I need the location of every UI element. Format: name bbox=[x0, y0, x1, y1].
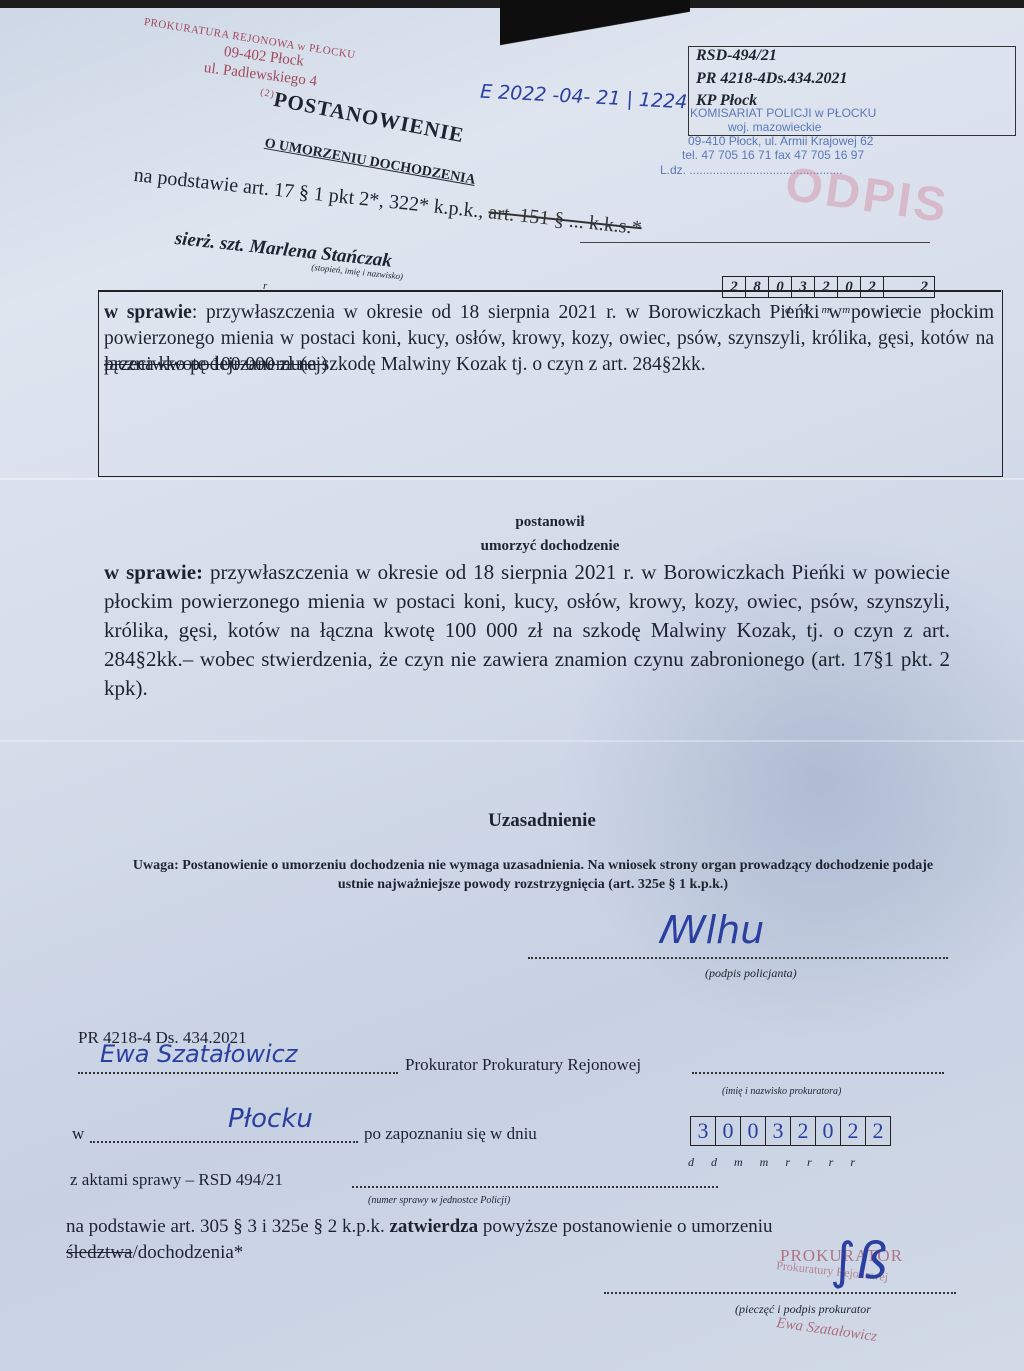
copy-stamp: ODPIS bbox=[782, 157, 952, 234]
place-line bbox=[90, 1141, 358, 1143]
case-files-line bbox=[352, 1186, 718, 1188]
paper-fold bbox=[0, 740, 1024, 742]
review-label: po zapoznaniu się w dniu bbox=[364, 1124, 537, 1144]
prosecutor-name-line bbox=[78, 1072, 398, 1074]
document-title: (2)POSTANOWIENIE bbox=[257, 84, 466, 148]
case-struck-text: przeciwko podejrzanemu(ej) bbox=[104, 354, 328, 375]
prosecutor-stamp-name: Ewa Szatałowicz bbox=[775, 1315, 878, 1346]
case-pr: PR 4218-4Ds.434.2021 bbox=[696, 70, 848, 88]
police-stamp-voivodeship: woj. mazowieckie bbox=[728, 120, 821, 134]
prosecutor-caption: (imię i nazwisko prokuratora) bbox=[722, 1086, 841, 1097]
place-label: w bbox=[72, 1124, 84, 1144]
divider bbox=[580, 242, 930, 243]
officer-signature-caption: (podpis policjanta) bbox=[705, 966, 797, 981]
document-page: PROKURATURA REJONOWA w PŁOCKU 09-402 Pło… bbox=[0, 0, 1024, 1371]
prosecutor-handwritten-name: Ewa Szatałowicz bbox=[100, 1040, 297, 1068]
date-digit: 0 bbox=[716, 1117, 741, 1145]
prosecutor-signature: ∫ß bbox=[830, 1232, 888, 1290]
police-stamp-phone: tel. 47 705 16 71 fax 47 705 16 97 bbox=[682, 148, 864, 162]
police-stamp-address: 09-410 Płock, ul. Armii Krajowej 62 bbox=[688, 134, 873, 148]
date-digit: 2 bbox=[841, 1117, 866, 1145]
decision-subheading: umorzyć dochodzenie bbox=[0, 538, 1024, 555]
approval-bold: zatwierdza bbox=[389, 1216, 478, 1237]
case-description: w sprawie: przywłaszczenia w okresie od … bbox=[104, 300, 994, 404]
approval-text: na podstawie art. 305 § 3 i 325e § 2 k.p… bbox=[66, 1216, 773, 1238]
date-digit: 3 bbox=[691, 1117, 716, 1145]
prosecutor-signature-line bbox=[604, 1292, 956, 1294]
prosecutor-label: Prokurator Prokuratury Rejonowej bbox=[405, 1055, 641, 1075]
case-files-caption: (numer sprawy w jednostce Policji) bbox=[368, 1195, 510, 1206]
decision-heading: postanowił bbox=[0, 514, 1024, 531]
decision-lead: w sprawie: bbox=[104, 560, 203, 584]
date-digit: 2 bbox=[866, 1117, 890, 1145]
officer-signature-line bbox=[528, 957, 948, 959]
justification-note: Uwaga: Postanowienie o umorzeniu dochodz… bbox=[118, 856, 948, 894]
prosecutor-signature-caption: (pieczęć i podpis prokurator bbox=[735, 1302, 871, 1317]
approval-tail-text: /dochodzenia* bbox=[132, 1242, 243, 1263]
date-digit: 0 bbox=[741, 1117, 766, 1145]
approval-tail: śledztwa/dochodzenia* bbox=[66, 1242, 243, 1264]
date-digit: 2 bbox=[791, 1117, 816, 1145]
prosecutor-line bbox=[692, 1072, 944, 1074]
place-handwritten: Płocku bbox=[228, 1104, 313, 1134]
title-text: POSTANOWIENIE bbox=[272, 87, 467, 147]
decision-body: przywłaszczenia w okresie od 18 sierpnia… bbox=[104, 560, 950, 700]
review-date-labels: d d m m r r r r bbox=[688, 1155, 856, 1170]
legal-basis-struck: art. 151 § ... k.k.s.* bbox=[487, 201, 642, 239]
review-date-box: 3 0 0 3 2 0 2 2 bbox=[690, 1116, 891, 1146]
handwritten-registration: E 2022 -04- 21 | 1224 bbox=[480, 81, 688, 114]
justification-heading: Uzasadnienie bbox=[0, 810, 1024, 832]
approval-after: powyższe postanowienie o umorzeniu bbox=[478, 1216, 772, 1237]
officer-name: sierż. szt. Marlena Stańczak bbox=[174, 228, 393, 273]
photo-dark-corner bbox=[500, 0, 690, 48]
approval-before: na podstawie art. 305 § 3 i 325e § 2 k.p… bbox=[66, 1216, 389, 1237]
paper-fold bbox=[0, 478, 1024, 480]
case-box-top-border bbox=[98, 290, 1001, 292]
date-digit: 0 bbox=[816, 1117, 841, 1145]
date-digit: 3 bbox=[766, 1117, 791, 1145]
legal-basis: na podstawie art. 17 § 1 pkt 2*, 322* k.… bbox=[133, 164, 643, 240]
officer-signature: ꟿlhu bbox=[660, 908, 764, 952]
decision-text: w sprawie: przywłaszczenia w okresie od … bbox=[104, 558, 950, 703]
case-files-label: z aktami sprawy – RSD 494/21 bbox=[70, 1170, 283, 1190]
police-stamp-name: KOMISARIAT POLICJI w PŁOCKU bbox=[690, 106, 876, 120]
approval-struck: śledztwa bbox=[66, 1242, 132, 1263]
case-lead: w sprawie bbox=[104, 302, 192, 323]
case-rsd: RSD-494/21 bbox=[696, 47, 777, 65]
